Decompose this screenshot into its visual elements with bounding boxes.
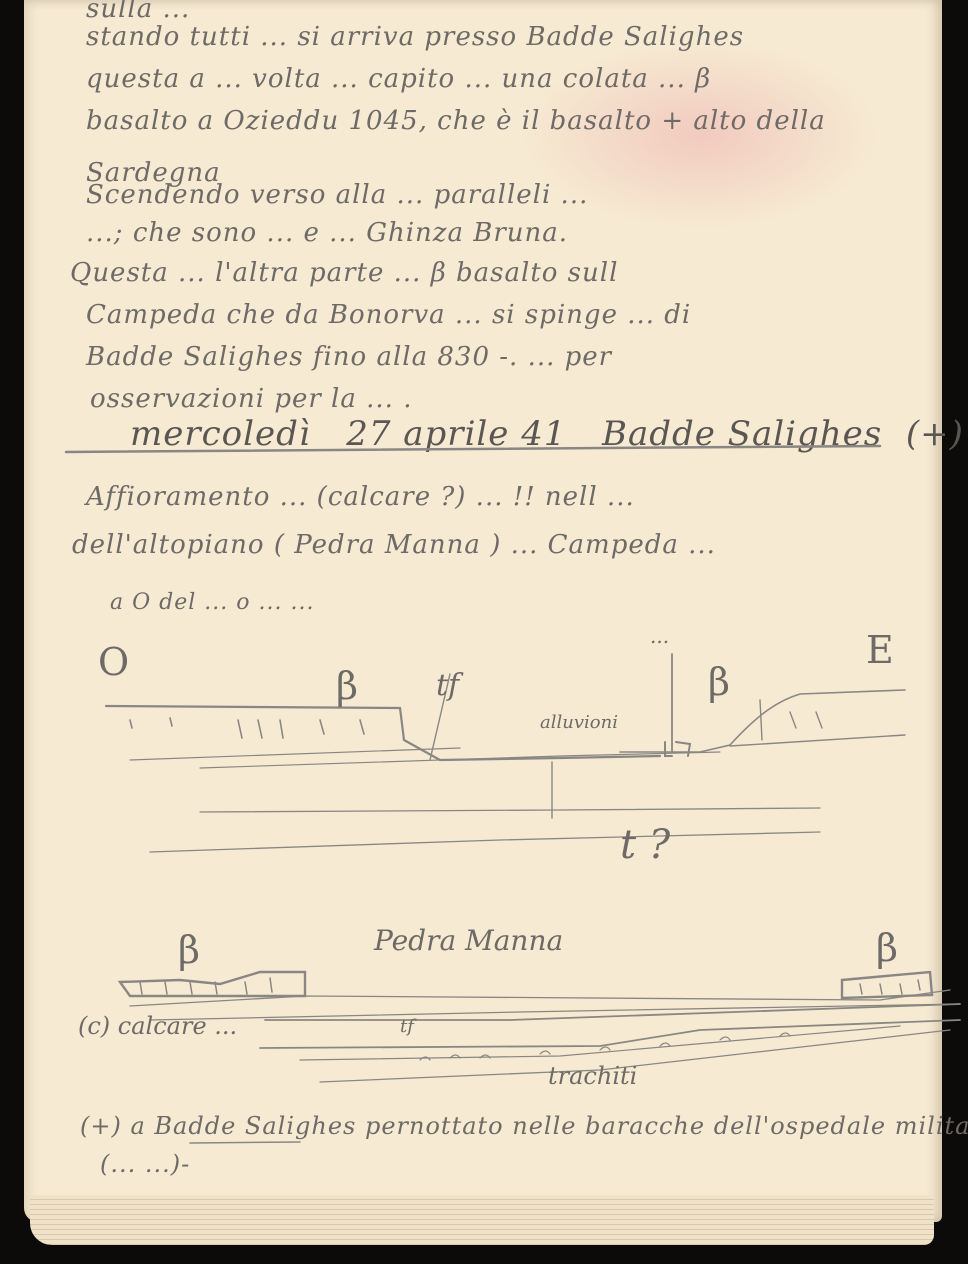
tuff-label-2: tf: [400, 1016, 414, 1037]
tuff-label: tf: [436, 668, 459, 703]
pedra-manna-label: Pedra Manna: [374, 924, 563, 957]
calcare-label: (c) calcare ...: [78, 1012, 237, 1040]
alluvium-label: alluvioni: [540, 712, 618, 733]
basalt-label-left-2: β: [178, 928, 200, 972]
geological-sketches: [0, 0, 968, 1264]
compass-west-label: O: [98, 640, 129, 684]
basalt-label-left: β: [336, 664, 358, 708]
basalt-label-right-2: β: [876, 926, 898, 970]
basalt-label-right: β: [708, 660, 730, 704]
question-label: t ?: [620, 822, 670, 868]
footnote-line: (... ...)-: [100, 1150, 190, 1178]
compass-east-label: E: [866, 628, 894, 672]
point-label: ...: [650, 624, 669, 648]
footnote-line: (+) a Badde Salighes pernottato nelle ba…: [80, 1112, 968, 1140]
trachyte-label: trachiti: [548, 1062, 637, 1090]
